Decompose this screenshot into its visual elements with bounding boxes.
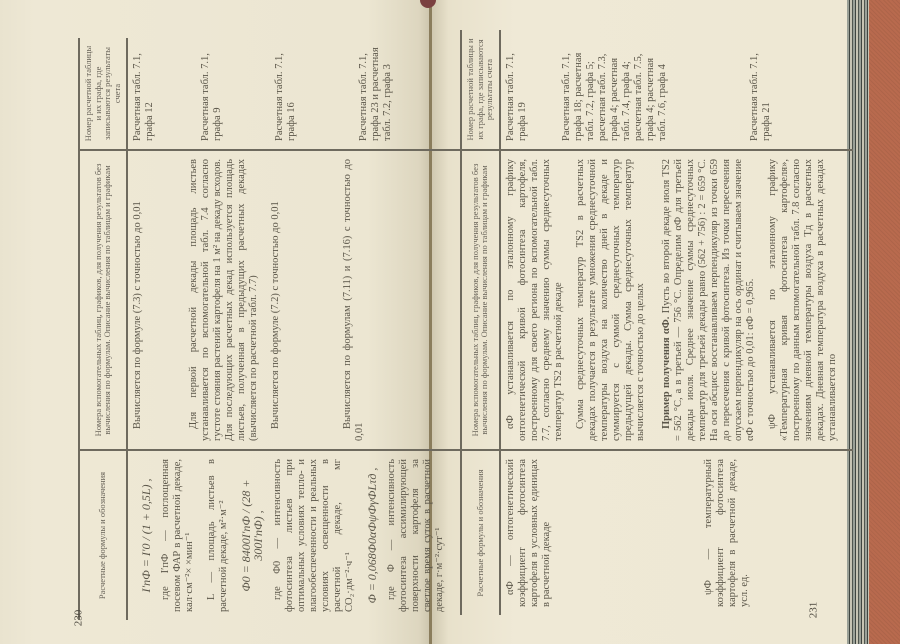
result-ref: Расчетная табл. 7.1, графа 19 [505,38,529,141]
method-text: Вычисляется по формуле (7.2) с точностью… [270,159,282,441]
definition: L — площадь листьев в расчетной декаде, … [206,459,230,612]
method-text: αФ устанавливается по эталонному графику… [505,159,565,441]
right-calc-table: Расчетные формулы и обозначения Номера в… [460,30,853,615]
table-header-row: Расчетные формулы и обозначения Номера в… [79,38,127,620]
table-row: αФ — онтогенетический коэффициент фотоси… [500,30,853,615]
result-ref-cell: Расчетная табл. 7.1, графа 12 Расчетная … [127,38,460,150]
left-page-table-wrapper: Расчетные формулы и обозначения Номера в… [78,38,430,620]
definition: где Φ — интенсивность фотосинтеза ассими… [386,459,446,612]
method-text: Для первой расчетной декады площадь лист… [188,159,260,441]
definition: αФ — онтогенетический коэффициент фотоси… [505,459,553,607]
header-methods: Номера вспомогательных таблиц, графиков,… [461,150,500,450]
table-header-row: Расчетные формулы и обозначения Номера в… [461,30,500,615]
formula: Φ = 0,068Φ0αФψФγФLτд , [366,459,378,612]
example-text: Пусть во второй декаде июля TS2 = 562 °C… [661,159,756,441]
result-ref: Расчетная табл. 7.1, графа 16 [274,46,298,141]
left-calc-table: Расчетные формулы и обозначения Номера в… [78,38,460,620]
result-ref: Расчетная табл. 7.1, графа 21 [749,38,773,141]
definition: ψФ — температурный коэффициент фотосинте… [703,459,751,607]
header-formulas: Расчетные формулы и обозначения [461,450,500,615]
method-text: ψФ устанавливается по эталонному графику… [767,159,839,441]
header-formulas: Расчетные формулы и обозначения [79,450,127,620]
formula-cell: I′пФ = I′0 / (1 + 0,5L) , где I′пФ — пог… [127,450,460,620]
method-text: Вычисляется по формулам (7.11) и (7.16) … [342,159,366,441]
result-ref: Расчетная табл. 7.1, графа 18; расчетная… [561,38,669,141]
definition: где I′пФ — поглощенная посевом ФАР в рас… [160,459,196,612]
formula: Φ0 = 8400I′пФ / (28 + 300I′пФ) , [240,459,264,612]
method-text: Вычисляется по формуле (7.3) с точностью… [132,159,144,441]
page-number-right: 231 [807,602,819,619]
book-cover-edge [869,0,900,644]
method-cell: αФ устанавливается по эталонному графику… [500,150,853,450]
result-ref: Расчетная табл. 7.1, графа 9 [200,46,224,141]
table-row: I′пФ = I′0 / (1 + 0,5L) , где I′пФ — пог… [127,38,460,620]
page-number-left: 230 [72,610,84,627]
method-cell: Вычисляется по формуле (7.3) с точностью… [127,150,460,450]
header-result-table: Номер расчетной таблицы и их графа, где … [461,30,500,150]
formula-cell: αФ — онтогенетический коэффициент фотоси… [500,450,853,615]
result-ref: Расчетная табл. 7.1, графа 23 и расчетна… [358,46,394,141]
header-result-table: Номер расчетной таблицы и их графа, где … [79,38,127,150]
method-text: Сумма среднесуточных температур TS2 в ра… [575,159,647,441]
right-page-table-wrapper: Расчетные формулы и обозначения Номера в… [460,30,815,615]
example-label: Пример получения αФ. [661,317,672,429]
result-ref: Расчетная табл. 7.1, графа 12 [132,46,156,141]
formula: I′пФ = I′0 / (1 + 0,5L) , [140,459,152,612]
header-methods: Номера вспомогательных таблиц, графиков,… [79,150,127,450]
result-ref-cell: Расчетная табл. 7.1, графа 19 Расчетная … [500,30,853,150]
definition: где Φ0 — интенсивность фотосинтеза листь… [272,459,356,612]
